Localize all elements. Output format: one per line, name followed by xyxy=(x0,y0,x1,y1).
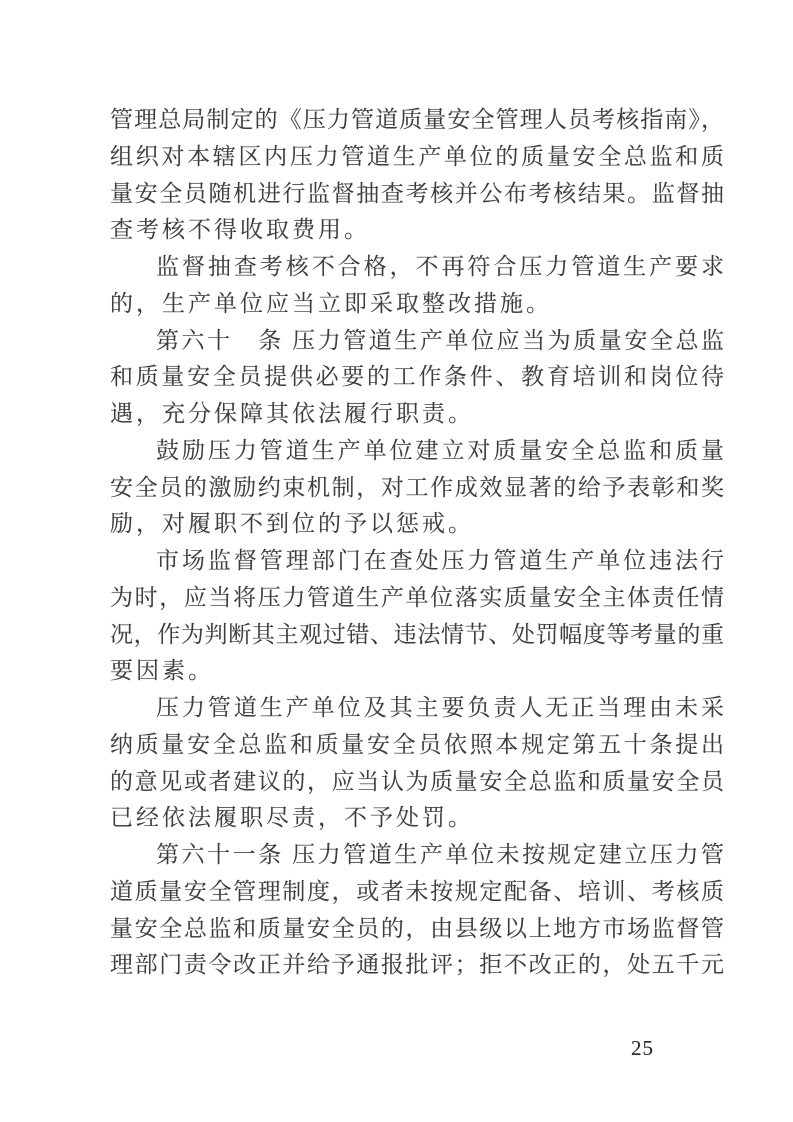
paragraph: 第六十一条 压力管道生产单位未按规定建立压力管道质量安全管理制度，或者未按规定配… xyxy=(110,837,724,984)
text-line: 已经依法履职尽责，不予处罚。 xyxy=(110,800,724,837)
text-line: 管理总局制定的《压力管道质量安全管理人员考核指南》， xyxy=(110,102,724,139)
text-line: 安全员的激励约束机制，对工作成效显著的给予表彰和奖 xyxy=(110,470,724,507)
text-line: 要因素。 xyxy=(110,653,724,690)
paragraph: 管理总局制定的《压力管道质量安全管理人员考核指南》，组织对本辖区内压力管道生产单… xyxy=(110,102,724,249)
text-line: 压力管道生产单位及其主要负责人无正当理由未采 xyxy=(110,690,724,727)
text-line: 道质量安全管理制度，或者未按规定配备、培训、考核质 xyxy=(110,874,724,911)
paragraph: 压力管道生产单位及其主要负责人无正当理由未采纳质量安全总监和质量安全员依照本规定… xyxy=(110,690,724,837)
text-line: 的意见或者建议的，应当认为质量安全总监和质量安全员 xyxy=(110,764,724,801)
text-line: 量安全员随机进行监督抽查考核并公布考核结果。监督抽 xyxy=(110,176,724,213)
text-line: 第六十一条 压力管道生产单位未按规定建立压力管 xyxy=(110,837,724,874)
text-line: 查考核不得收取费用。 xyxy=(110,212,724,249)
document-text-block: 管理总局制定的《压力管道质量安全管理人员考核指南》，组织对本辖区内压力管道生产单… xyxy=(110,102,724,984)
paragraph: 第六十 条 压力管道生产单位应当为质量安全总监和质量安全员提供必要的工作条件、教… xyxy=(110,323,724,433)
text-line: 励，对履职不到位的予以惩戒。 xyxy=(110,506,724,543)
text-line: 纳质量安全总监和质量安全员依照本规定第五十条提出 xyxy=(110,727,724,764)
text-line: 和质量安全员提供必要的工作条件、教育培训和岗位待 xyxy=(110,359,724,396)
document-page: 管理总局制定的《压力管道质量安全管理人员考核指南》，组织对本辖区内压力管道生产单… xyxy=(0,0,793,1122)
text-line: 鼓励压力管道生产单位建立对质量安全总监和质量 xyxy=(110,433,724,470)
paragraph: 监督抽查考核不合格，不再符合压力管道生产要求的，生产单位应当立即采取整改措施。 xyxy=(110,249,724,323)
text-line: 理部门责令改正并给予通报批评；拒不改正的，处五千元 xyxy=(110,947,724,984)
text-line: 第六十 条 压力管道生产单位应当为质量安全总监 xyxy=(110,323,724,360)
paragraph: 鼓励压力管道生产单位建立对质量安全总监和质量安全员的激励约束机制，对工作成效显著… xyxy=(110,433,724,543)
text-line: 监督抽查考核不合格，不再符合压力管道生产要求 xyxy=(110,249,724,286)
text-line: 为时，应当将压力管道生产单位落实质量安全主体责任情 xyxy=(110,580,724,617)
text-line: 的，生产单位应当立即采取整改措施。 xyxy=(110,286,724,323)
text-line: 遇，充分保障其依法履行职责。 xyxy=(110,396,724,433)
paragraph: 市场监督管理部门在查处压力管道生产单位违法行为时，应当将压力管道生产单位落实质量… xyxy=(110,543,724,690)
text-line: 市场监督管理部门在查处压力管道生产单位违法行 xyxy=(110,543,724,580)
text-line: 量安全总监和质量安全员的，由县级以上地方市场监督管 xyxy=(110,911,724,948)
text-line: 况，作为判断其主观过错、违法情节、处罚幅度等考量的重 xyxy=(110,617,724,654)
text-line: 组织对本辖区内压力管道生产单位的质量安全总监和质 xyxy=(110,139,724,176)
page-number: 25 xyxy=(631,1036,654,1061)
